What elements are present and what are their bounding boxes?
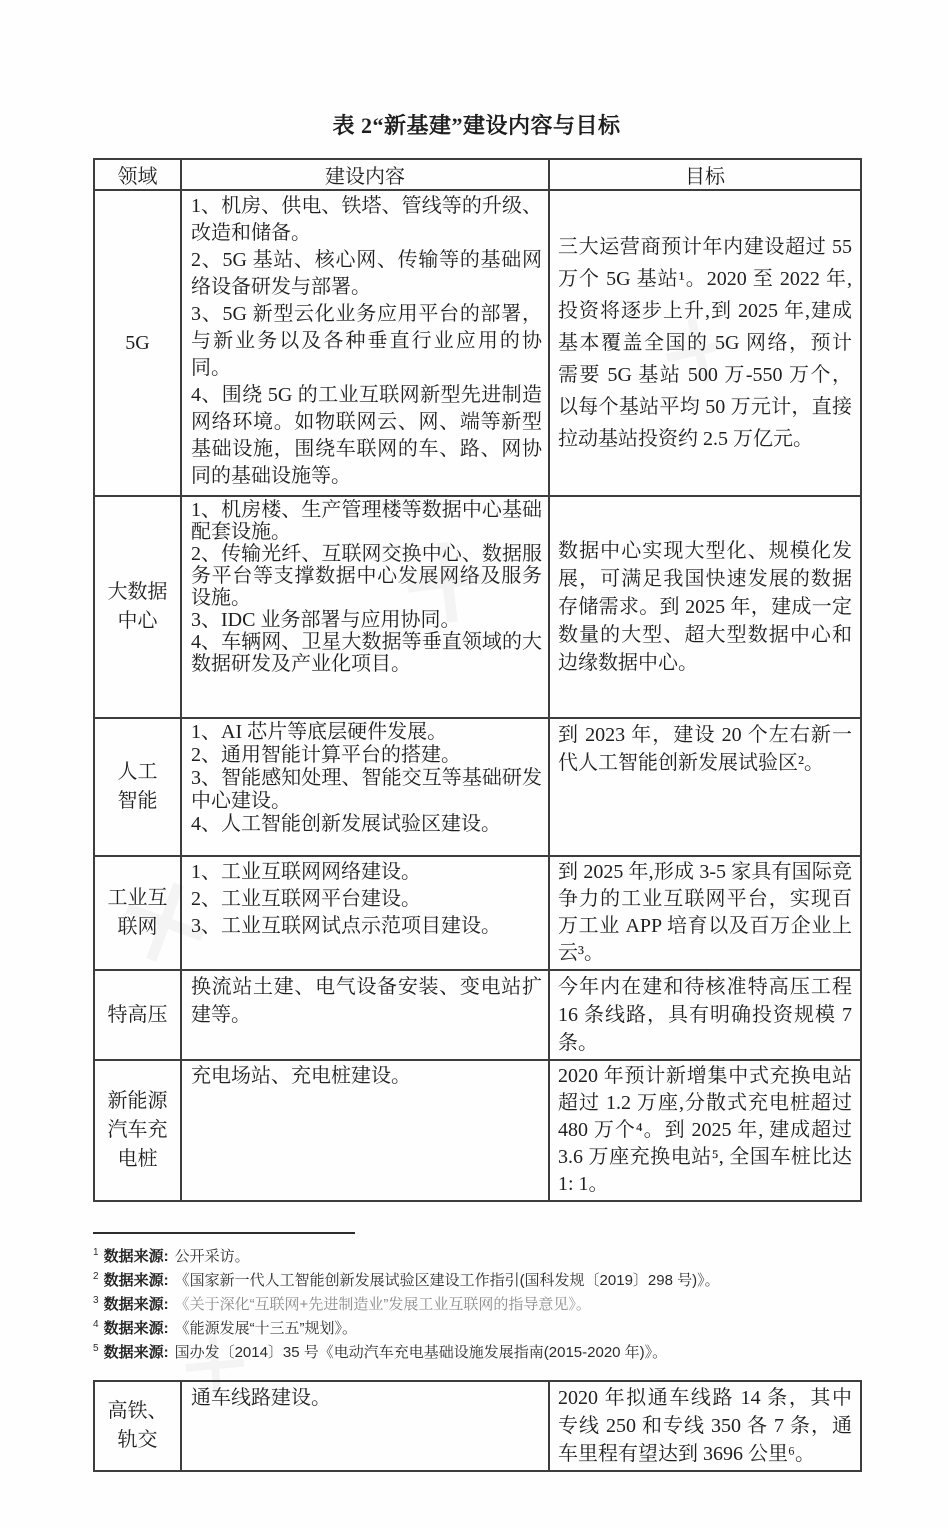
footnote-text: 公开采访。 <box>175 1248 250 1265</box>
footnote-number: 4 <box>93 1319 99 1330</box>
row-goal: 三大运营商预计年内建设超过 55 万个 5G 基站¹。2020 至 2022 年… <box>549 190 861 496</box>
row-label: 5G <box>94 190 181 496</box>
row-content: 换流站土建、电气设备安装、变电站扩建等。 <box>181 970 549 1060</box>
content-item: 1、工业互联网网络建设。 <box>191 859 542 886</box>
row-content: 1、AI 芯片等底层硬件发展。 2、通用智能计算平台的搭建。 3、智能感知处理、… <box>181 718 549 856</box>
table-row-rail: 高铁、 轨交 通车线路建设。 2020 年拟通车线路 14 条，其中专线 250… <box>94 1381 861 1471</box>
row-label: 特高压 <box>94 970 181 1060</box>
footnote-label: 数据来源: <box>104 1296 169 1313</box>
footnote-label: 数据来源: <box>104 1320 169 1337</box>
header-row: 领域 建设内容 目标 <box>94 159 861 190</box>
content-item: 3、IDC 业务部署与应用协同。 <box>191 609 542 631</box>
appendix-table: 高铁、 轨交 通车线路建设。 2020 年拟通车线路 14 条，其中专线 250… <box>93 1380 862 1472</box>
footnotes: 1数据来源:公开采访。 2数据来源:《国家新一代人工智能创新发展试验区建设工作指… <box>93 1243 873 1363</box>
row-label: 新能源 汽车充 电桩 <box>94 1060 181 1201</box>
col-header-goal: 目标 <box>549 159 861 190</box>
row-content: 1、工业互联网网络建设。 2、工业互联网平台建设。 3、工业互联网试点示范项目建… <box>181 856 549 970</box>
table-row-bigdata: 大数据 中心 1、机房楼、生产管理楼等数据中心基础配套设施。 2、传输光纤、互联… <box>94 496 861 718</box>
row-content: 通车线路建设。 <box>181 1381 549 1471</box>
content-item: 4、人工智能创新发展试验区建设。 <box>191 813 542 836</box>
content-item: 2、工业互联网平台建设。 <box>191 886 542 913</box>
footnote-text: 国办发〔2014〕35 号《电动汽车充电基础设施发展指南(2015-2020 年… <box>175 1344 668 1361</box>
row-label: 大数据 中心 <box>94 496 181 718</box>
table-row-industrial-internet: 工业互 联网 1、工业互联网网络建设。 2、工业互联网平台建设。 3、工业互联网… <box>94 856 861 970</box>
content-item: 1、机房、供电、铁塔、管线等的升级、改造和储备。 <box>191 193 542 247</box>
footnote: 3数据来源:《关于深化“互联网+先进制造业”发展工业互联网的指导意见》。 <box>93 1291 873 1315</box>
footnote-number: 5 <box>93 1343 99 1354</box>
content-item: 换流站土建、电气设备安装、变电站扩建等。 <box>191 973 542 1029</box>
footnote: 5数据来源:国办发〔2014〕35 号《电动汽车充电基础设施发展指南(2015-… <box>93 1339 873 1363</box>
table-row-ev-charging: 新能源 汽车充 电桩 充电场站、充电桩建设。 2020 年预计新增集中式充换电站… <box>94 1060 861 1201</box>
footnote-label: 数据来源: <box>104 1248 169 1265</box>
content-item: 通车线路建设。 <box>191 1384 542 1412</box>
main-table: 领域 建设内容 目标 5G 1、机房、供电、铁塔、管线等的升级、改造和储备。 2… <box>93 158 862 1202</box>
row-goal: 到 2025 年,形成 3-5 家具有国际竞争力的工业互联网平台，实现百万工业 … <box>549 856 861 970</box>
content-item: 2、5G 基站、核心网、传输等的基础网络设备研发与部署。 <box>191 247 542 301</box>
row-content: 充电场站、充电桩建设。 <box>181 1060 549 1201</box>
row-content: 1、机房、供电、铁塔、管线等的升级、改造和储备。 2、5G 基站、核心网、传输等… <box>181 190 549 496</box>
content-item: 1、AI 芯片等底层硬件发展。 <box>191 721 542 744</box>
doc-title: 表 2“新基建”建设内容与目标 <box>93 110 860 142</box>
footnote-label: 数据来源: <box>104 1344 169 1361</box>
table-row-ai: 人工 智能 1、AI 芯片等底层硬件发展。 2、通用智能计算平台的搭建。 3、智… <box>94 718 861 856</box>
footnote: 2数据来源:《国家新一代人工智能创新发展试验区建设工作指引(国科发规〔2019〕… <box>93 1267 873 1291</box>
footnote-text: 《国家新一代人工智能创新发展试验区建设工作指引(国科发规〔2019〕298 号)… <box>175 1272 720 1289</box>
row-goal: 2020 年预计新增集中式充换电站超过 1.2 万座,分散式充电桩超过 480 … <box>549 1060 861 1201</box>
footnote-separator <box>93 1232 355 1234</box>
content-item: 1、机房楼、生产管理楼等数据中心基础配套设施。 <box>191 499 542 543</box>
row-label: 工业互 联网 <box>94 856 181 970</box>
content-item: 2、通用智能计算平台的搭建。 <box>191 744 542 767</box>
row-label: 高铁、 轨交 <box>94 1381 181 1471</box>
footnote-label: 数据来源: <box>104 1272 169 1289</box>
footnote-number: 3 <box>93 1295 99 1306</box>
row-content: 1、机房楼、生产管理楼等数据中心基础配套设施。 2、传输光纤、互联网交换中心、数… <box>181 496 549 718</box>
footnote-text: 《关于深化“互联网+先进制造业”发展工业互联网的指导意见》。 <box>175 1296 591 1313</box>
row-label: 人工 智能 <box>94 718 181 856</box>
col-header-content: 建设内容 <box>181 159 549 190</box>
content-item: 4、车辆网、卫星大数据等垂直领域的大数据研发及产业化项目。 <box>191 631 542 675</box>
row-goal: 数据中心实现大型化、规模化发展，可满足我国快速发展的数据存储需求。到 2025 … <box>549 496 861 718</box>
row-goal: 2020 年拟通车线路 14 条，其中专线 250 和专线 350 各 7 条，… <box>549 1381 861 1471</box>
content-item: 3、智能感知处理、智能交互等基础研发中心建设。 <box>191 767 542 813</box>
footnote-text: 《能源发展“十三五”规划》。 <box>175 1320 358 1337</box>
page: ✕ ✕ ✕ ✕ 表 2“新基建”建设内容与目标 领域 建设内容 目标 5G 1、… <box>0 0 948 1528</box>
col-header-field: 领域 <box>94 159 181 190</box>
footnote: 1数据来源:公开采访。 <box>93 1243 873 1267</box>
content-item: 4、围绕 5G 的工业互联网新型先进制造网络环境。如物联网云、网、端等新型基础设… <box>191 382 542 490</box>
footnote: 4数据来源:《能源发展“十三五”规划》。 <box>93 1315 873 1339</box>
table-row-uhv: 特高压 换流站土建、电气设备安装、变电站扩建等。 今年内在建和待核准特高压工程 … <box>94 970 861 1060</box>
footnote-number: 2 <box>93 1271 99 1282</box>
table-row-5g: 5G 1、机房、供电、铁塔、管线等的升级、改造和储备。 2、5G 基站、核心网、… <box>94 190 861 496</box>
footnote-number: 1 <box>93 1247 99 1258</box>
row-goal: 今年内在建和待核准特高压工程 16 条线路，具有明确投资规模 7 条。 <box>549 970 861 1060</box>
content-item: 3、工业互联网试点示范项目建设。 <box>191 913 542 940</box>
content-item: 2、传输光纤、互联网交换中心、数据服务平台等支撑数据中心发展网络及服务设施。 <box>191 543 542 609</box>
content-item: 3、5G 新型云化业务应用平台的部署，与新业务以及各种垂直行业应用的协同。 <box>191 301 542 382</box>
row-goal: 到 2023 年，建设 20 个左右新一代人工智能创新发展试验区²。 <box>549 718 861 856</box>
content-item: 充电场站、充电桩建设。 <box>191 1063 542 1090</box>
